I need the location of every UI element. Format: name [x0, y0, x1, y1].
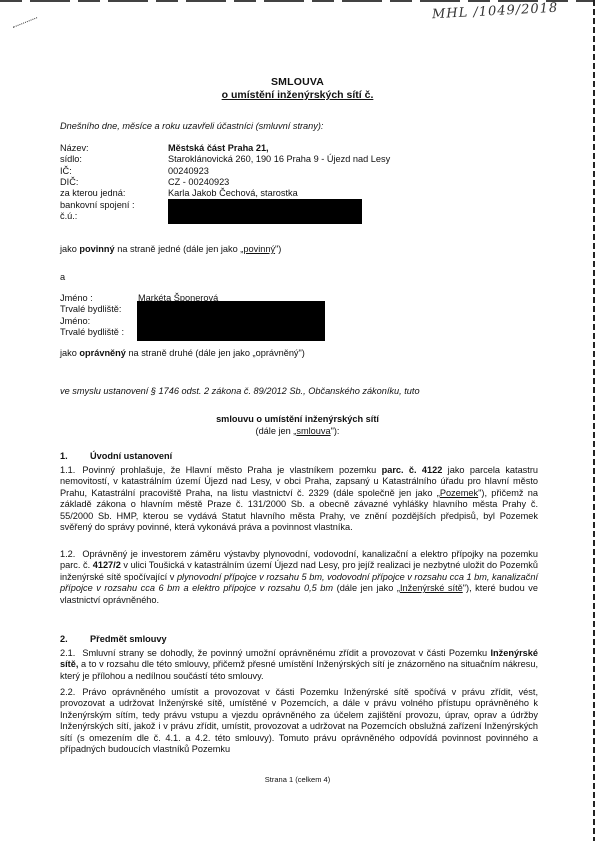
- field-label: za kterou jedná:: [60, 188, 125, 199]
- intro-text: Dnešního dne, měsíce a roku uzavřeli úča…: [60, 121, 324, 132]
- paragraph-text: (dále jen jako „: [333, 583, 400, 593]
- field-label: bankovní spojení :: [60, 200, 135, 211]
- paragraph: 2.2.Právo oprávněného umístit a provozov…: [60, 687, 538, 755]
- paragraph-text: Právo oprávněného umístit a provozovat v…: [60, 687, 538, 754]
- field-label: Trvalé bydliště:: [60, 304, 121, 315]
- field-value: Karla Jakob Čechová, starostka: [168, 188, 298, 199]
- paragraph-text: a to v rozsahu dle této smlouvy, přičemž…: [60, 659, 538, 680]
- party2-role: jako oprávněný na straně druhé (dále jen…: [60, 348, 538, 359]
- section-title: Předmět smlouvy: [90, 634, 167, 644]
- contract-name: smlouvu o umístění inženýrských sítí: [0, 414, 595, 425]
- field-value: CZ - 00240923: [168, 177, 229, 188]
- section-number: 1.: [60, 451, 90, 462]
- section-heading: 2.Předmět smlouvy: [60, 634, 167, 645]
- field-label: DIČ:: [60, 177, 78, 188]
- paragraph-text: Smluvní strany se dohodly, že povinný um…: [82, 648, 490, 658]
- field-label: Trvalé bydliště :: [60, 327, 124, 338]
- paragraph-number: 1.2.: [60, 549, 75, 559]
- pen-mark: [13, 17, 37, 28]
- paragraph: 1.1.Povinný prohlašuje, že Hlavní město …: [60, 465, 538, 533]
- paragraph-text: 4127/2: [93, 560, 121, 570]
- field-label: Název:: [60, 143, 89, 154]
- scan-border-top: [0, 0, 595, 2]
- field-label: č.ú.:: [60, 211, 77, 222]
- redaction-personal-details: [137, 301, 325, 341]
- section-heading: 1.Úvodní ustanovení: [60, 451, 172, 462]
- paragraph-text: Inženýrské sítě: [400, 583, 463, 593]
- field-value: Městská část Praha 21,: [168, 143, 269, 154]
- field-label: sídlo:: [60, 154, 82, 165]
- redaction-bank-details: [168, 199, 362, 224]
- paragraph-number: 2.2.: [60, 687, 75, 697]
- field-value: 00240923: [168, 166, 209, 177]
- paragraph-number: 1.1.: [60, 465, 75, 475]
- paragraph-text: parc. č. 4122: [382, 465, 443, 475]
- field-label: Jméno :: [60, 293, 93, 304]
- field-label: IČ:: [60, 166, 72, 177]
- section-number: 2.: [60, 634, 90, 645]
- field-label: Jméno:: [60, 316, 90, 327]
- paragraph-text: Povinný prohlašuje, že Hlavní město Prah…: [82, 465, 381, 475]
- document-subtitle: o umístění inženýrských sítí č.: [0, 90, 595, 101]
- paragraph-number: 2.1.: [60, 648, 75, 658]
- paragraph-text: Pozemek: [440, 488, 478, 498]
- contract-name-ref: (dále jen „smlouva"):: [0, 426, 595, 437]
- section-title: Úvodní ustanovení: [90, 451, 172, 461]
- handwritten-reference-number: MHL /1049/2018: [432, 3, 559, 21]
- field-value: Staroklánovická 260, 190 16 Praha 9 - Új…: [168, 154, 390, 165]
- document-title: SMLOUVA: [0, 77, 595, 88]
- page-number: Strana 1 (celkem 4): [0, 774, 595, 785]
- conjunction: a: [60, 272, 538, 283]
- paragraph: 2.1.Smluvní strany se dohodly, že povinn…: [60, 648, 538, 682]
- legal-basis: ve smyslu ustanovení § 1746 odst. 2 záko…: [60, 386, 538, 397]
- party1-role: jako povinný na straně jedné (dále jen j…: [60, 244, 538, 255]
- paragraph: 1.2.Oprávněný je investorem záměru výsta…: [60, 549, 538, 606]
